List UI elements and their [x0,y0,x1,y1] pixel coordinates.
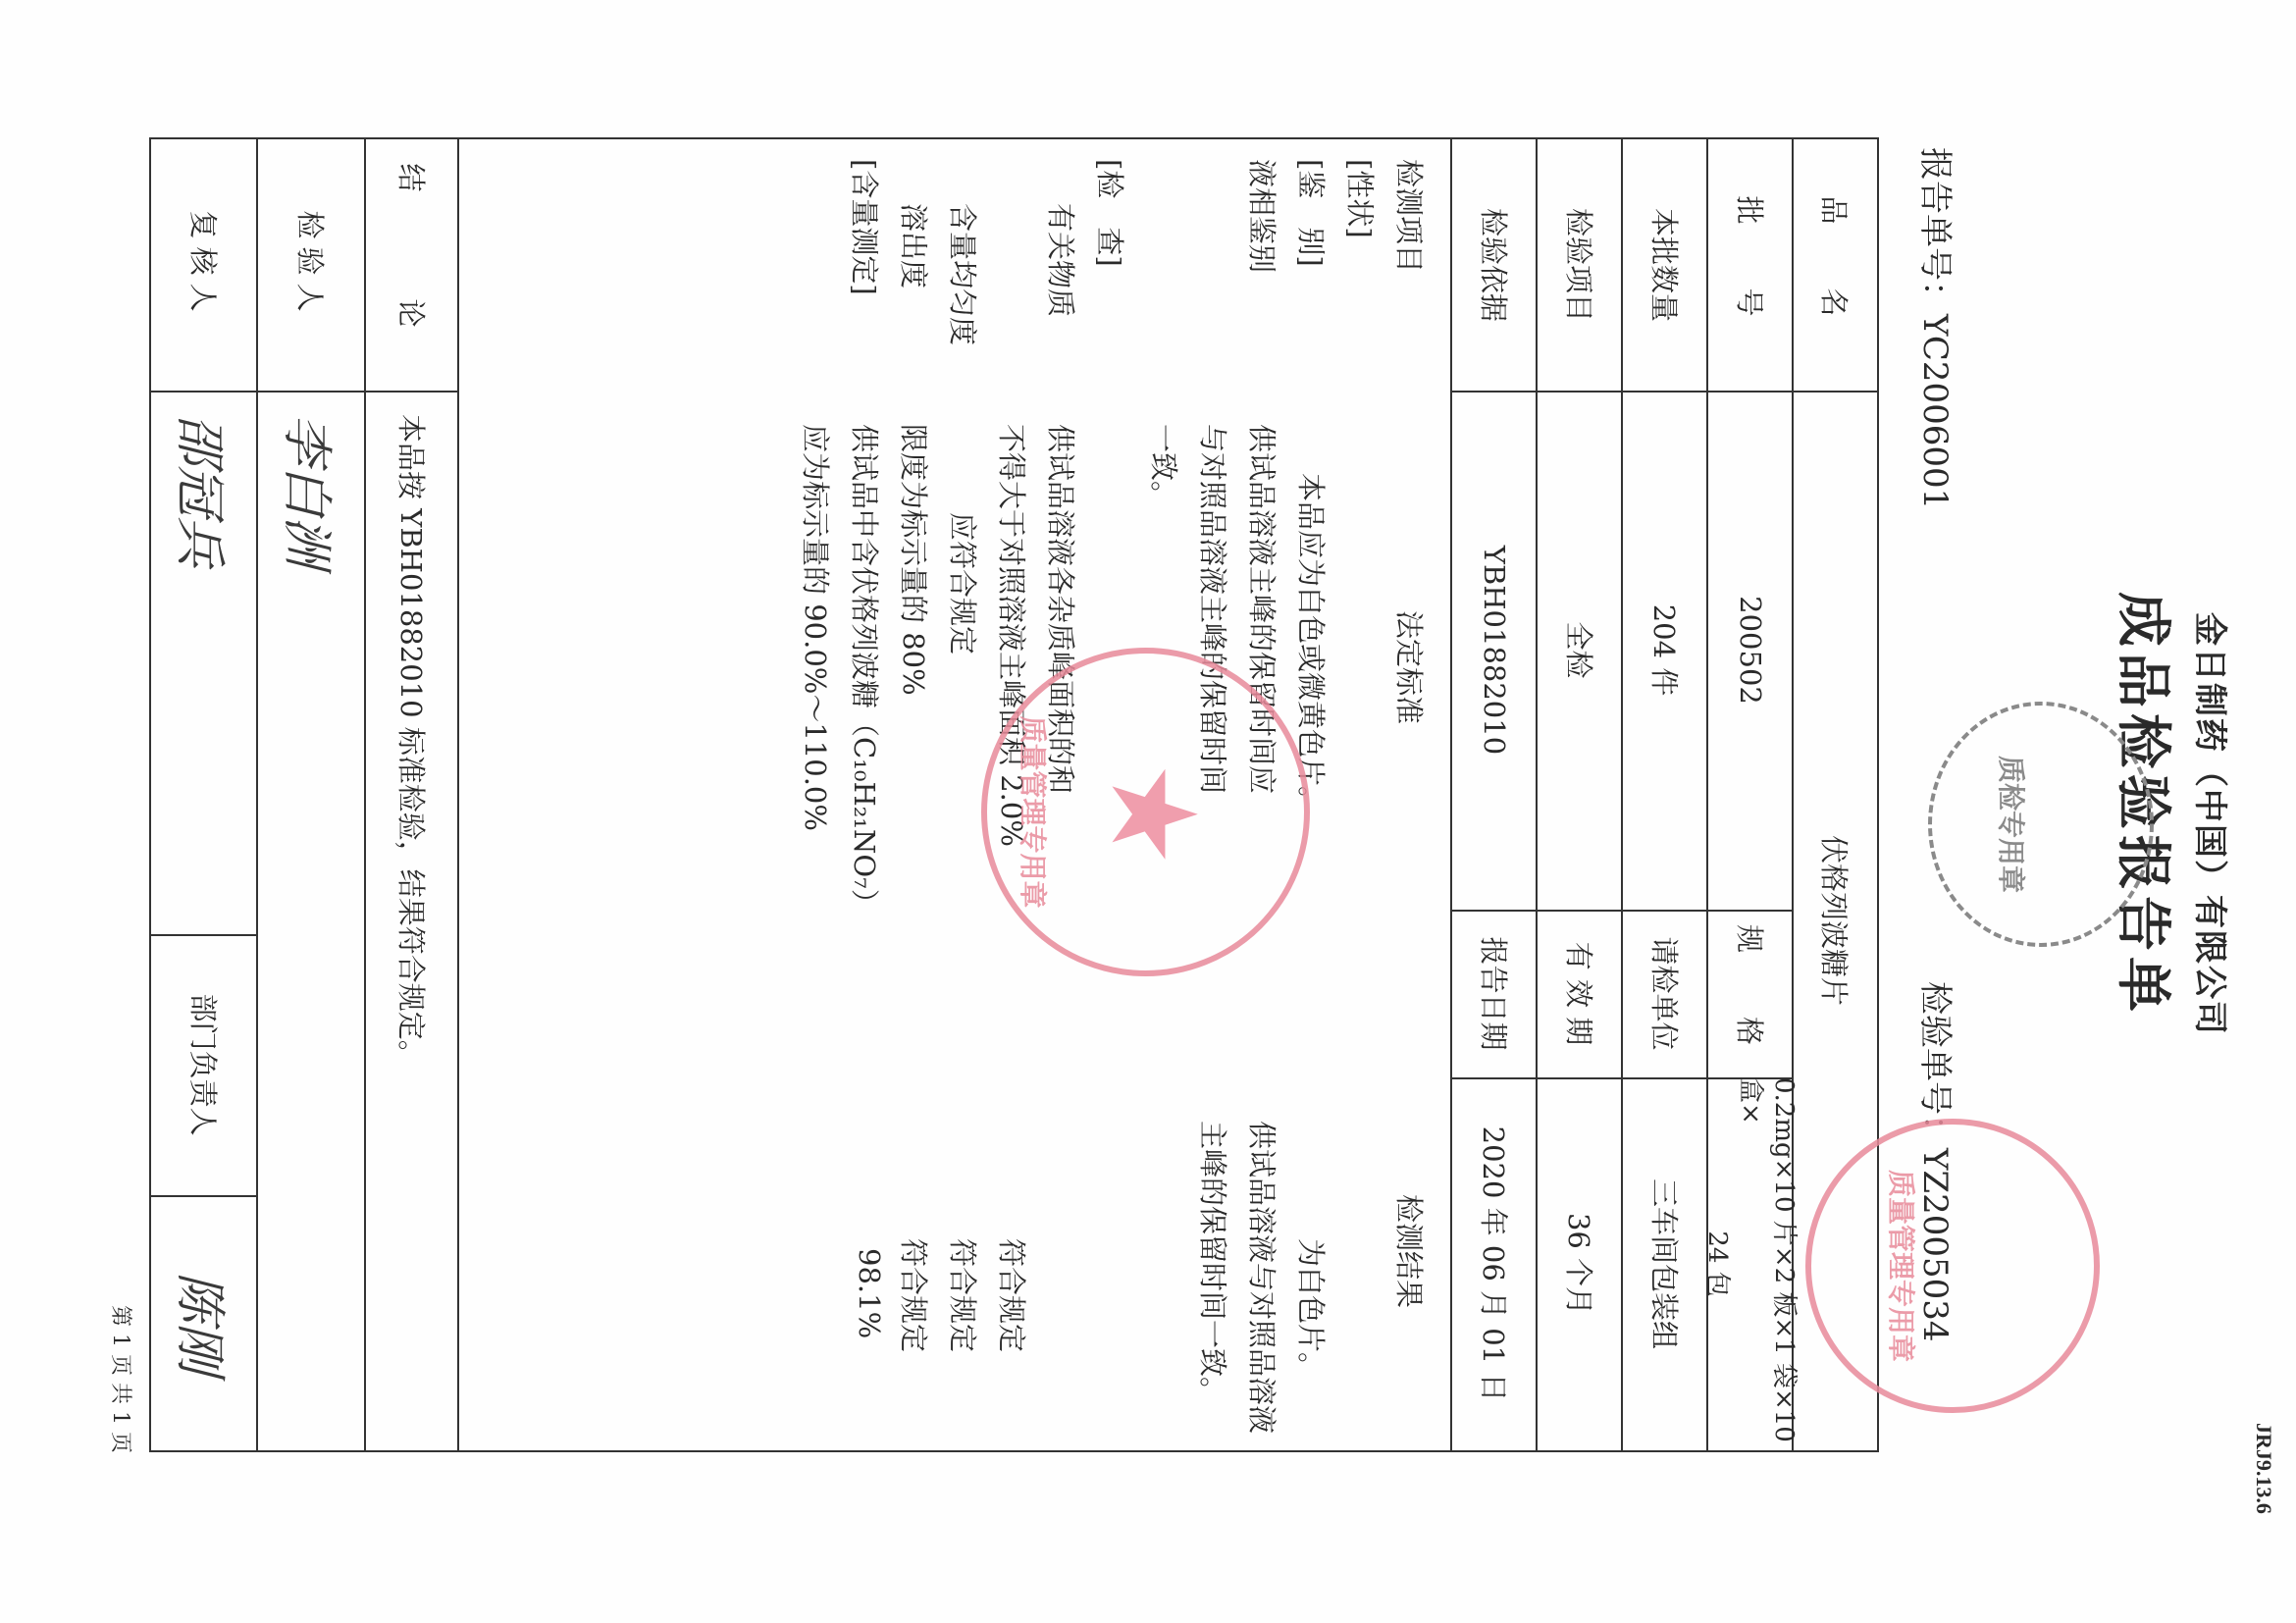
test-item: [检 查] [1091,159,1131,267]
spec-value: 0.2mg×10 片×2 板×1 袋×10 盒× 24 包 [1708,1077,1794,1450]
spec-label: 规 格 [1708,910,1794,1077]
test-item: 有关物质 [1042,203,1082,317]
test-standard: 供试品溶液主峰的保留时间应 [1243,424,1283,794]
dept-head-label: 部门负责人 [151,934,258,1195]
test-standard: 供试品溶液各杂质峰面积的和 [1042,424,1082,794]
test-result: 供试品溶液与对照品溶液 [1243,1121,1283,1434]
product-name-value: 伏格列波糖片 [1794,391,1877,1450]
basis-label: 检验依据 [1452,139,1538,391]
test-standard: 限度为标示量的 80% [895,424,935,696]
test-item: 含量均匀度 [944,203,984,345]
test-standard: 本品应为白色或微黄色片。 [1292,473,1332,814]
test-item: [含量测定] [846,159,886,295]
page-indicator: 第 1 页 共 1 页 [107,1305,137,1453]
test-result: 为白色片。 [1292,1238,1332,1381]
inspection-number-value: YZ2005034 [1915,1148,1955,1342]
form-code: JRJ9.13.6 [2251,1423,2276,1514]
col-header-result: 检测结果 [1390,1194,1431,1308]
test-standard: 供试品中含伏格列波糖（C₁₀H₂₁NO₇） [846,424,886,917]
inspection-number: 检验单号：YZ2005034 [1914,981,1962,1342]
validity-label: 有 效 期 [1538,910,1623,1077]
quantity-label: 本批数量 [1623,139,1708,391]
batch-value: 200502 [1708,391,1794,910]
inspection-items-label: 检验项目 [1538,139,1623,391]
quantity-value: 204 件 [1623,391,1708,910]
report-number: 报告单号：YC2006001 [1914,147,1962,509]
document-title: 成品检验报告单 [2108,432,2186,1178]
dept-head-signature: 陈刚 [151,1195,258,1450]
test-standard: 不得大于对照溶液主峰面积 2.0% [993,424,1033,847]
company-name: 金日制药（中国）有限公司 [2189,550,2237,1099]
inspector-signature: 李白洲 [258,414,366,807]
conclusion-text: 本品按 YBH01882010 标准检验，结果符合规定。 [366,414,459,1450]
reviewer-label: 复核人 [151,139,258,391]
spec-line-1: 0.2mg×10 片×2 板×1 袋×10 盒× [1735,1077,1801,1450]
scan-frame: JRJ9.13.6 第 1 页 共 1 页 金日制药（中国）有限公司 成品检验报… [0,0,2296,1623]
col-header-item: 检测项目 [1390,159,1431,273]
basis-value: YBH01882010 [1452,391,1538,910]
test-standard: 应符合规定 [944,512,984,654]
batch-label: 批 号 [1708,139,1794,391]
inspection-number-label: 检验单号： [1915,981,1955,1148]
test-item: 液相鉴别 [1243,159,1283,273]
conclusion-label: 结 论 [366,139,459,391]
reviewer-signature: 邵冠兵 [151,414,258,885]
inspection-items-value: 全检 [1538,391,1623,910]
test-result: 主峰的保留时间一致。 [1194,1121,1234,1405]
test-result: 符合规定 [895,1238,935,1352]
requester-label: 请检单位 [1623,910,1708,1077]
test-result: 符合规定 [944,1238,984,1352]
qc-stamp-text: 质检专用章 [1993,706,2032,943]
col-header-standard: 法定标准 [1390,610,1431,724]
report-table: 品 名 伏格列波糖片 批 号 200502 规 格 0.2mg×10 片×2 板… [149,137,1879,1452]
test-standard: 与对照品溶液主峰的保留时间 [1194,424,1234,794]
test-standard: 一致。 [1145,424,1185,509]
test-result: 98.1% [853,1248,886,1338]
report-page: JRJ9.13.6 第 1 页 共 1 页 金日制药（中国）有限公司 成品检验报… [0,0,2296,1623]
test-item: 溶出度 [895,203,935,288]
report-number-label: 报告单号： [1915,147,1955,314]
test-item: [性状] [1341,159,1382,238]
test-result: 符合规定 [993,1238,1033,1352]
product-name-label: 品 名 [1794,139,1877,391]
test-standard: 应为标示量的 90.0%～110.0% [797,424,837,831]
requester-value: 三车间包装组 [1623,1077,1708,1450]
inspector-label: 检验人 [258,139,366,391]
report-number-value: YC2006001 [1915,314,1955,509]
report-date-label: 报告日期 [1452,910,1538,1077]
report-date-value: 2020 年 06 月 01 日 [1452,1077,1538,1450]
validity-value: 36 个月 [1538,1077,1623,1450]
test-item: [鉴 别] [1292,159,1332,267]
